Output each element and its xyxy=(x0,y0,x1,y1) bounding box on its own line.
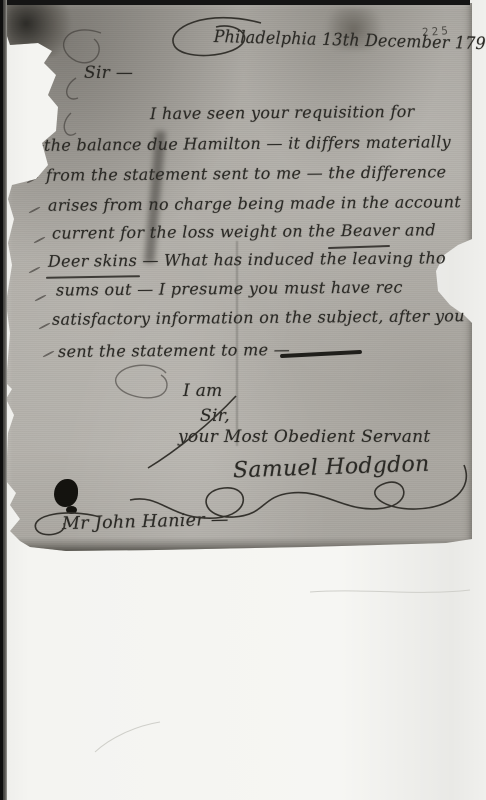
body-line: satisfactory information on the subject,… xyxy=(52,306,465,329)
scanner-fiber xyxy=(310,590,470,592)
body-line: arises from no charge being made in the … xyxy=(48,192,461,215)
ink-bleed-mark xyxy=(34,294,46,302)
ink-bleed-mark xyxy=(33,236,45,244)
ink-bleed-mark xyxy=(28,112,40,120)
paper-stain-top-left xyxy=(6,3,78,57)
ink-bleed-mark xyxy=(38,322,50,330)
closing-line: your Most Obedient Servant xyxy=(178,427,431,447)
body-line: current for the loss weight on the Beave… xyxy=(52,220,436,242)
ink-bleed-mark xyxy=(28,266,40,274)
closing-line: I am xyxy=(183,381,223,401)
body-line: the balance due Hamilton — it differs ma… xyxy=(44,132,451,155)
body-line: Deer skins — What has induced the leavin… xyxy=(48,248,446,270)
scan-border-left xyxy=(0,0,7,800)
scan-border-top xyxy=(0,0,470,5)
ink-bleed-mark xyxy=(26,176,38,184)
scanned-letter-page: 225 Philadelphia 13th December 1790 Sir … xyxy=(0,0,486,800)
ink-bleed-mark xyxy=(42,350,54,358)
scanner-fiber xyxy=(95,722,160,752)
closing-line: Sir, xyxy=(200,406,230,426)
body-line: from the statement sent to me — the diff… xyxy=(46,162,447,184)
ink-blot-small xyxy=(66,506,77,514)
salutation: Sir — xyxy=(84,63,133,83)
ink-bleed-mark xyxy=(28,206,40,214)
body-line: sent the statement to me — xyxy=(58,340,290,361)
ink-blot xyxy=(54,479,78,507)
body-line: I have seen your requisition for xyxy=(150,102,415,123)
ink-bleed-mark xyxy=(32,144,44,152)
body-line: sums out — I presume you must have rec xyxy=(56,277,403,299)
